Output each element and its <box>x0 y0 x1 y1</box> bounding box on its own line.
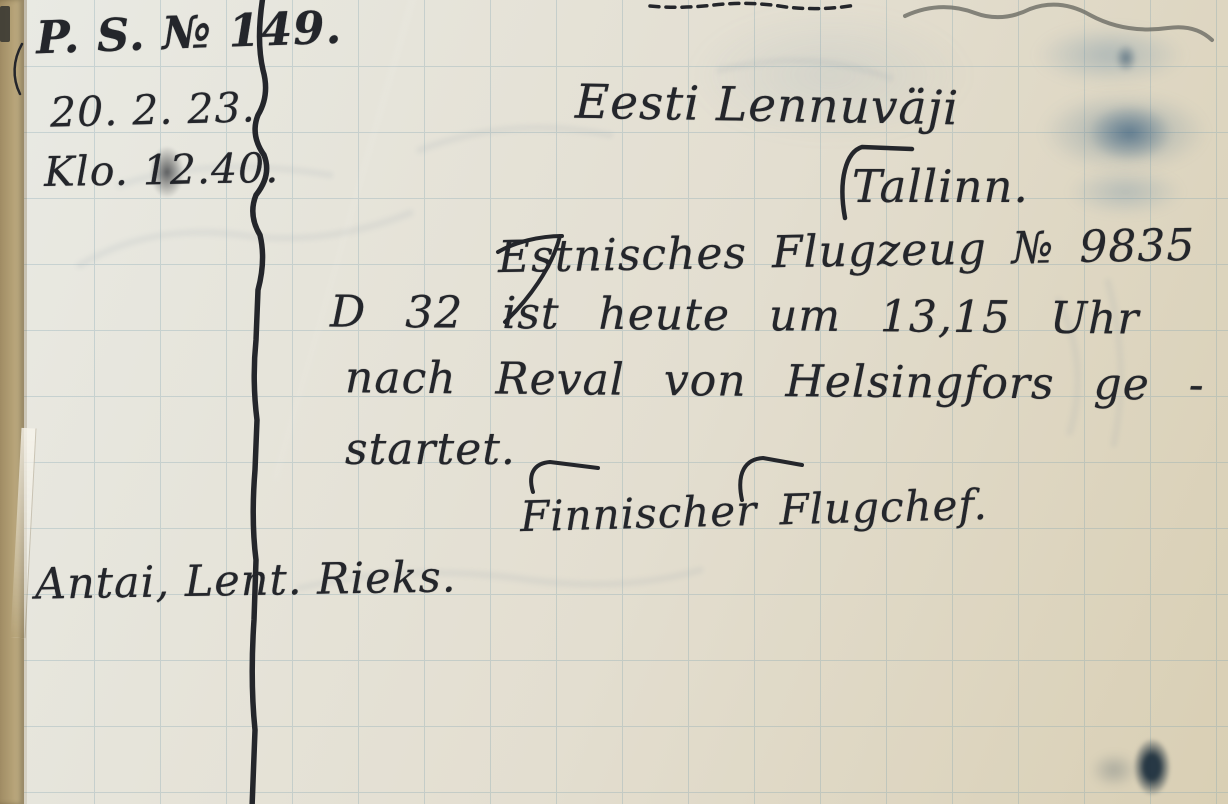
ink-smudge <box>1068 168 1183 216</box>
message-line-2: nach Reval von Helsingfors ge - <box>345 352 1205 410</box>
subject-line: Estnisches Flugzeug № 9835 <box>498 220 1196 283</box>
cutoff-text-fragment <box>650 3 856 8</box>
time: Klo. 12.40. <box>44 144 280 196</box>
paper-crease <box>273 0 419 480</box>
ink-smudge <box>1042 92 1207 172</box>
ink-blot <box>1133 738 1171 796</box>
message-line-3: startet. <box>345 424 516 475</box>
recipient-line: Eesti Lennuväji <box>575 75 960 137</box>
edge-dark-mark <box>0 6 10 42</box>
ink-smudge <box>1035 26 1185 84</box>
message-line-1: D 32 ist heute um 13,15 Uhr <box>330 286 1140 344</box>
ink-blot-halo <box>1090 752 1138 788</box>
city-line: Tallinn. <box>852 160 1029 213</box>
document-number: P. S. № 149. <box>35 1 343 65</box>
ink-smudge <box>1088 104 1172 162</box>
date: 20. 2. 23. <box>49 83 256 136</box>
scanned-ledger-page: P. S. № 149. 20. 2. 23. Klo. 12.40. Eest… <box>0 0 1228 804</box>
page-edge-shadow <box>24 0 27 804</box>
ink-smudge <box>1115 44 1137 72</box>
pencil-scrawl-signature <box>905 5 1212 40</box>
book-binding-edge <box>0 0 24 804</box>
received-by-note: Antai, Lent. Rieks. <box>35 552 457 609</box>
sender-signature: Finnischer Flugchef. <box>519 480 988 541</box>
